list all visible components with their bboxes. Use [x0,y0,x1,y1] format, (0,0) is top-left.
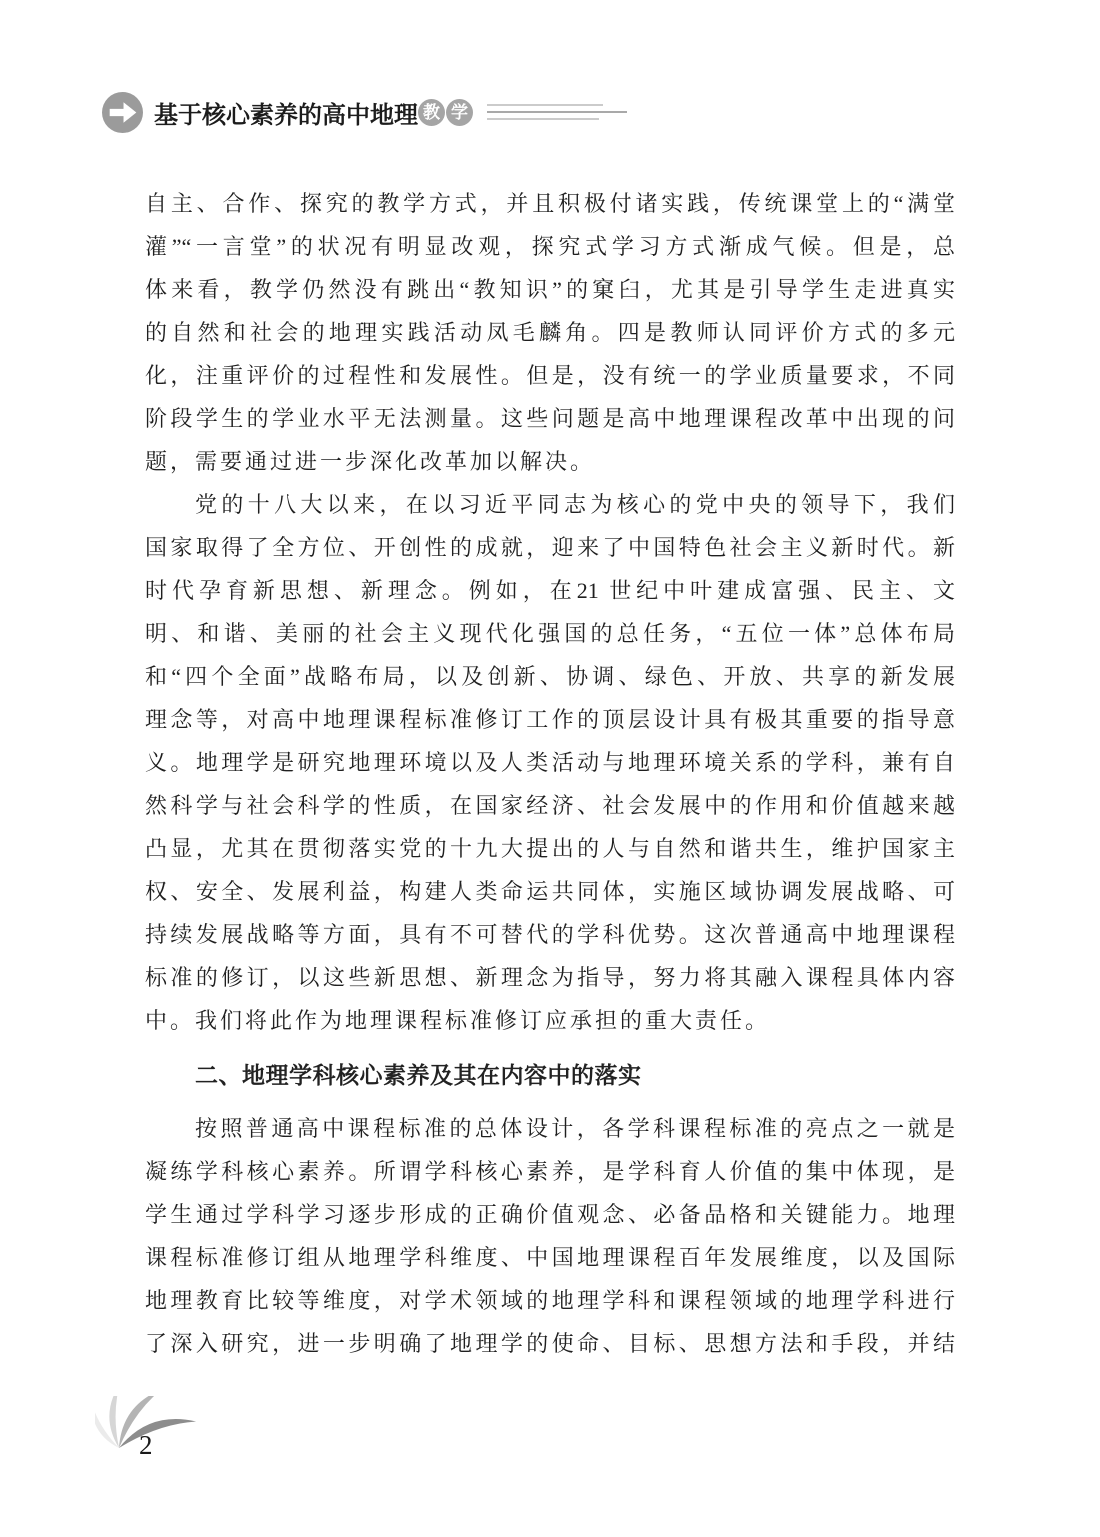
running-head: 基于核心素养的高中地理 教 学 [102,90,629,134]
text-line: 和“四个全面”战略布局，以及创新、协调、绿色、开放、共享的新发展 [145,655,955,698]
text-line: 地理教育比较等维度，对学术领域的地理学科和课程领域的地理学科进行 [145,1279,955,1322]
text-line: 学生通过学科学习逐步形成的正确价值观念、必备品格和关键能力。地理 [145,1193,955,1236]
text-line: 明、和谐、美丽的社会主义现代化强国的总任务，“五位一体”总体布局 [145,612,955,655]
text-line: 凝练学科核心素养。所谓学科核心素养，是学科育人价值的集中体现，是 [145,1150,955,1193]
page-number: 2 [139,1430,153,1461]
text-line: 党的十八大以来，在以习近平同志为核心的党中央的领导下，我们 [145,483,955,526]
text-line: 持续发展战略等方面，具有不可替代的学科优势。这次普通高中地理课程 [145,913,955,956]
text-line: 自主、合作、探究的教学方式，并且积极付诸实践，传统课堂上的“满堂 [145,182,955,225]
book-page: 基于核心素养的高中地理 教 学 自主、合作、探究的教学方式，并且积极付诸实践，传… [0,0,1100,1537]
text-line: 了深入研究，进一步明确了地理学的使命、目标、思想方法和手段，并结 [145,1322,955,1365]
page-body: 自主、合作、探究的教学方式，并且积极付诸实践，传统课堂上的“满堂灌”“一言堂”的… [145,182,955,1365]
text-line: 的自然和社会的地理实践活动凤毛麟角。四是教师认同评价方式的多元 [145,311,955,354]
text-line: 凸显，尤其在贯彻落实党的十九大提出的人与自然和谐共生，维护国家主 [145,827,955,870]
header-rules [487,103,629,121]
text-line: 时代孕育新思想、新理念。例如，在21 世纪中叶建成富强、民主、文 [145,569,955,612]
right-arrow-icon [102,92,143,133]
section-heading: 二、地理学科核心素养及其在内容中的落实 [145,1054,955,1097]
text-line: 题，需要通过进一步深化改革加以解决。 [145,440,955,483]
badge-jiao: 教 [418,99,445,126]
running-head-title: 基于核心素养的高中地理 [154,95,418,130]
text-line: 标准的修订，以这些新思想、新理念为指导，努力将其融入课程具体内容 [145,956,955,999]
text-line: 体来看，教学仍然没有跳出“教知识”的窠臼，尤其是引导学生走进真实 [145,268,955,311]
badge-xue: 学 [446,99,473,126]
header-rule-top [487,104,603,106]
text-line: 灌”“一言堂”的状况有明显改观，探究式学习方式渐成气候。但是，总 [145,225,955,268]
text-line: 然科学与社会科学的性质，在国家经济、社会发展中的作用和价值越来越 [145,784,955,827]
text-line: 理念等，对高中地理课程标准修订工作的顶层设计具有极其重要的指导意 [145,698,955,741]
text-line: 按照普通高中课程标准的总体设计，各学科课程标准的亮点之一就是 [145,1107,955,1150]
paragraph: 按照普通高中课程标准的总体设计，各学科课程标准的亮点之一就是凝练学科核心素养。所… [145,1107,955,1365]
text-line: 权、安全、发展利益，构建人类命运共同体，实施区域协调发展战略、可 [145,870,955,913]
text-line: 阶段学生的学业水平无法测量。这些问题是高中地理课程改革中出现的问 [145,397,955,440]
text-line: 中。我们将此作为地理课程标准修订应承担的重大责任。 [145,999,955,1042]
header-rule-middle [487,111,627,113]
text-line: 课程标准修订组从地理学科维度、中国地理课程百年发展维度，以及国际 [145,1236,955,1279]
paragraph: 党的十八大以来，在以习近平同志为核心的党中央的领导下，我们国家取得了全方位、开创… [145,483,955,1042]
text-line: 国家取得了全方位、开创性的成就，迎来了中国特色社会主义新时代。新 [145,526,955,569]
text-line: 化，注重评价的过程性和发展性。但是，没有统一的学业质量要求，不同 [145,354,955,397]
header-rule-bottom [487,118,599,120]
paragraph: 自主、合作、探究的教学方式，并且积极付诸实践，传统课堂上的“满堂灌”“一言堂”的… [145,182,955,483]
text-line: 义。地理学是研究地理环境以及人类活动与地理环境关系的学科，兼有自 [145,741,955,784]
